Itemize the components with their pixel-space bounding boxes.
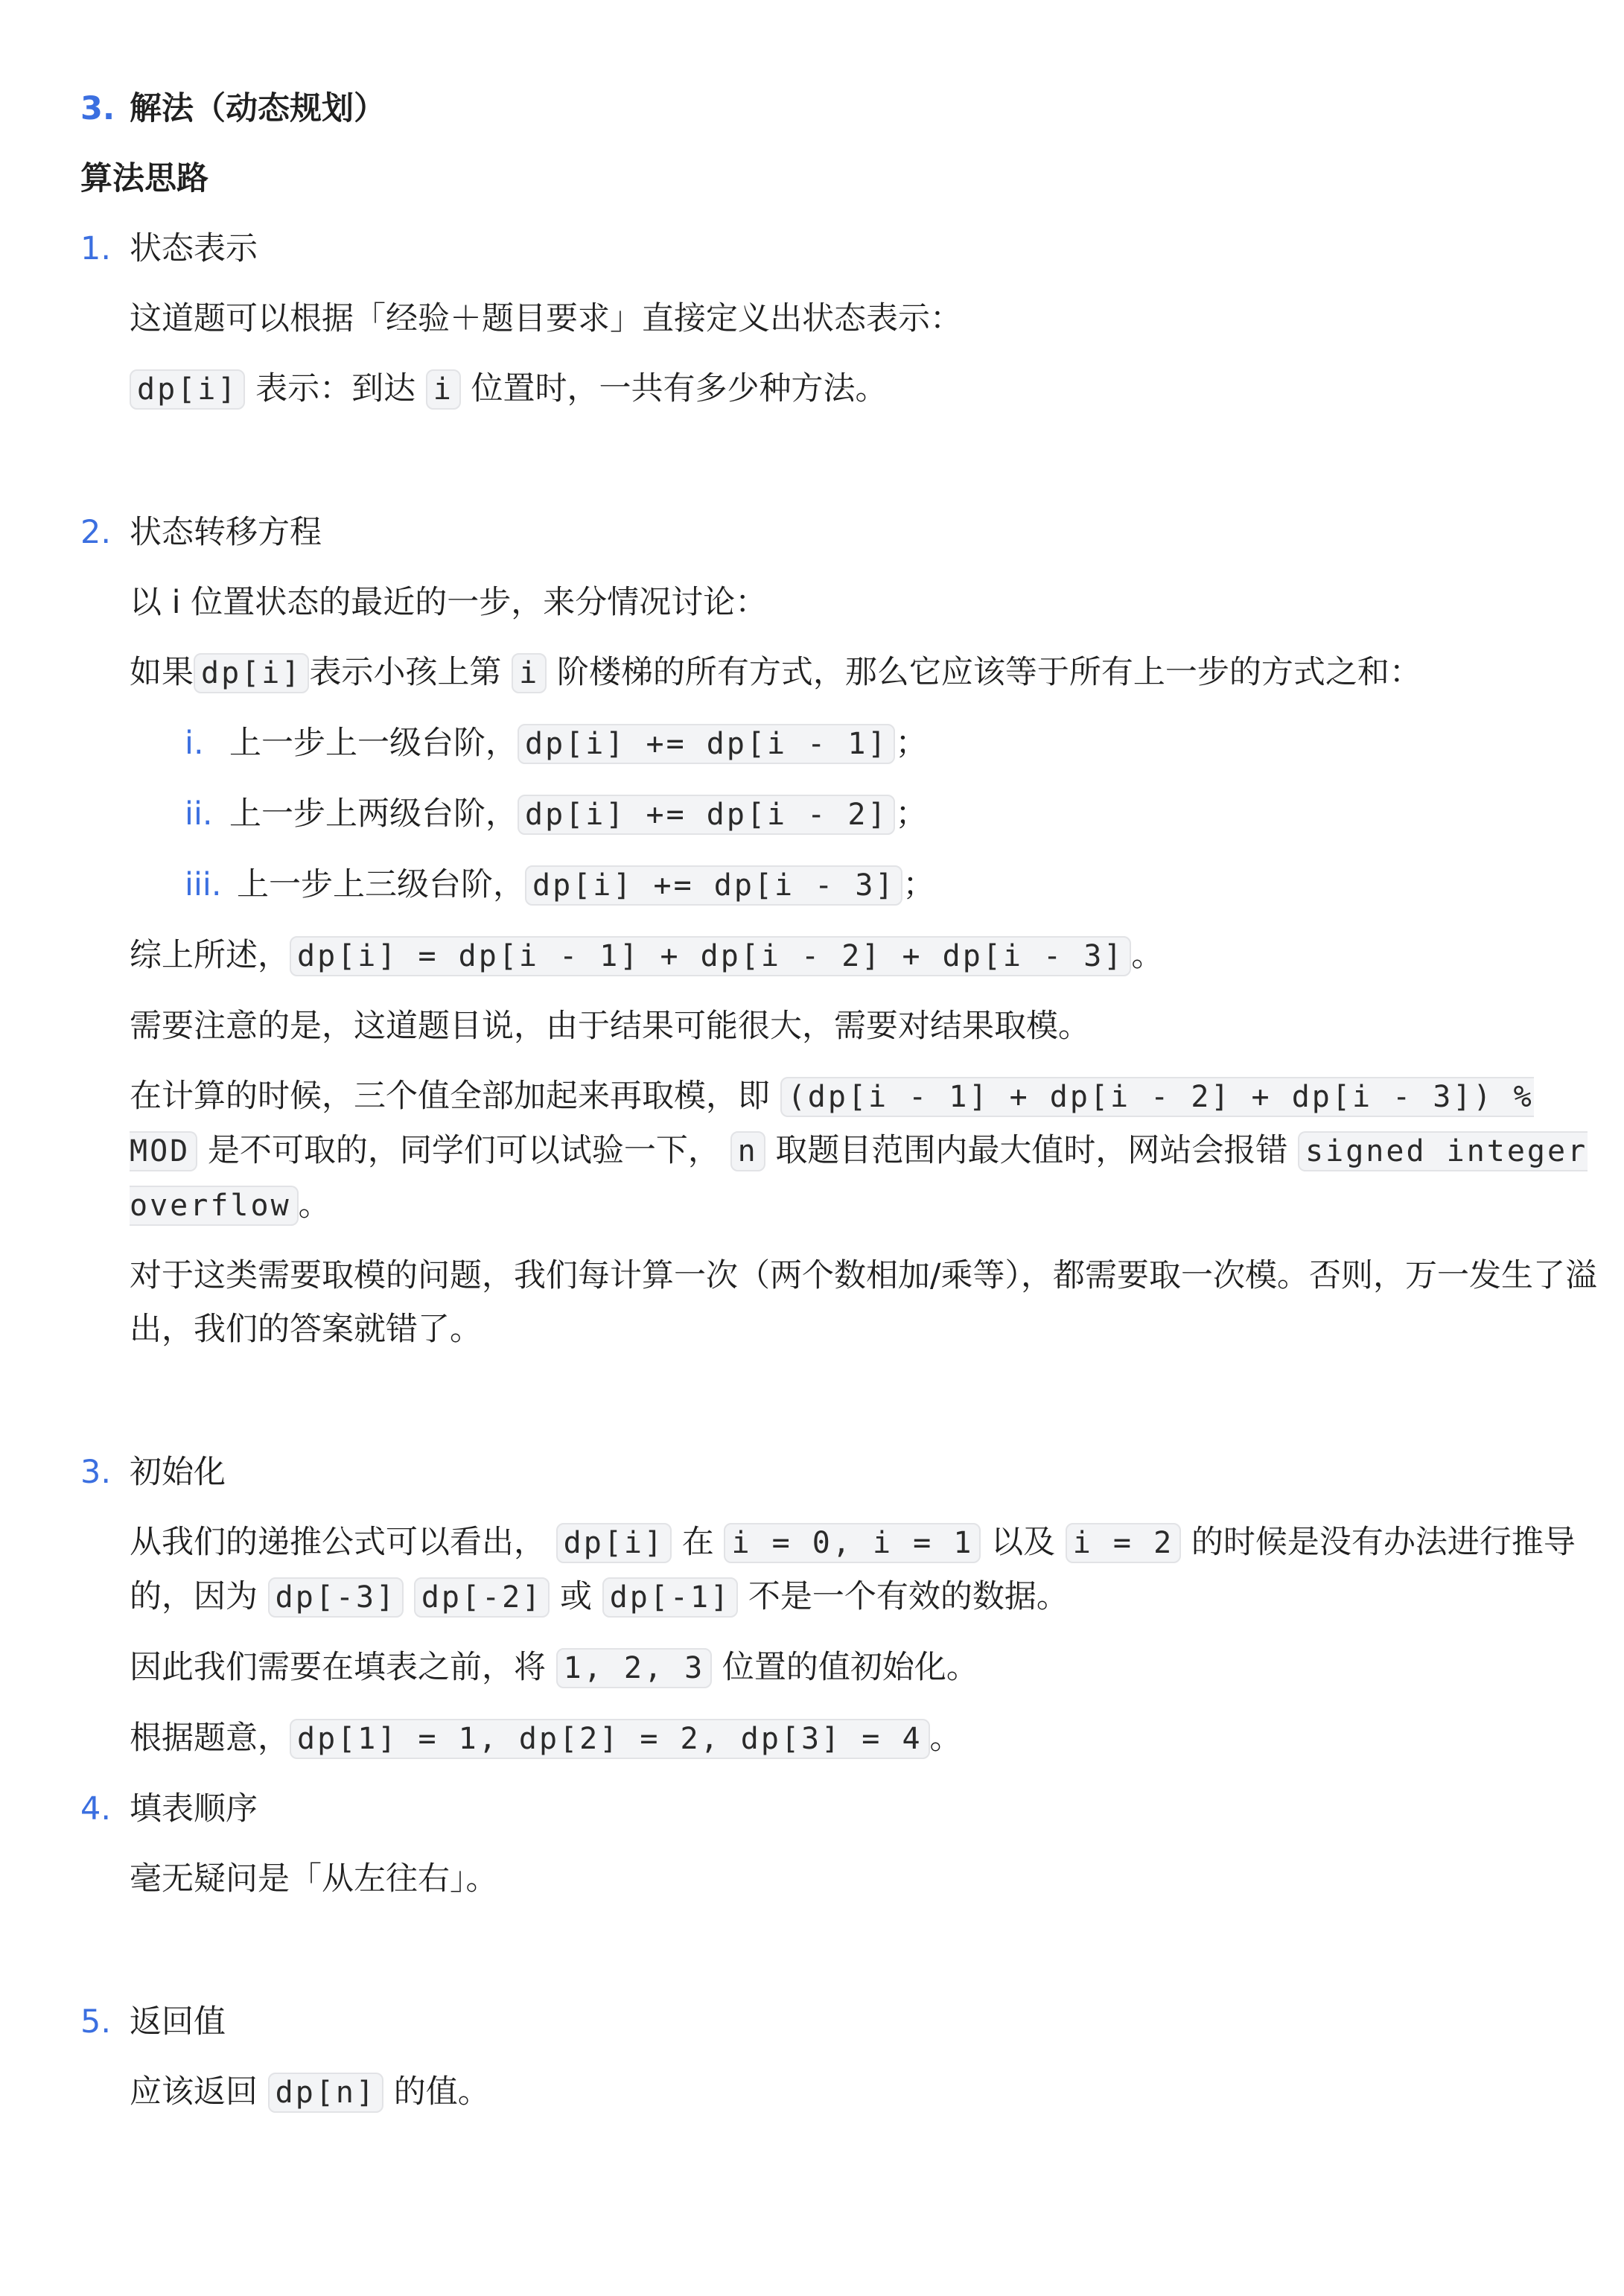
paragraph: 这道题可以根据「经验＋题目要求」直接定义出状态表示： <box>80 292 1550 346</box>
paragraph: 因此我们需要在填表之前，将 1, 2, 3 位置的值初始化。 <box>80 1641 1550 1695</box>
step-number: 4. <box>80 1782 111 1836</box>
paragraph: 如果dp[i]表示小孩上第 i 阶楼梯的所有方式，那么它应该等于所有上一步的方式… <box>80 646 1550 700</box>
case-number: i. <box>185 716 204 770</box>
section-title: 解法（动态规划） <box>80 90 386 127</box>
case-item: i. 上一步上一级台阶，dp[i] += dp[i - 1]； <box>80 716 1550 771</box>
inline-code: dp[-3] <box>268 1577 404 1618</box>
step-5-heading: 5. 返回值 <box>80 1995 1550 2049</box>
paragraph: 对于这类需要取模的问题，我们每计算一次（两个数相加/乘等），都需要取一次模。否则… <box>80 1249 1615 1356</box>
inline-code: dp[i] += dp[i - 2] <box>518 795 895 835</box>
inline-code: dp[-1] <box>602 1577 739 1618</box>
step-4-heading: 4. 填表顺序 <box>80 1782 1550 1836</box>
step-number: 5. <box>80 1995 111 2049</box>
inline-code: dp[n] <box>268 2073 383 2113</box>
step-number: 3. <box>80 1446 111 1499</box>
paragraph: 从我们的递推公式可以看出， dp[i] 在 i = 0, i = 1 以及 i … <box>80 1516 1615 1624</box>
step-3-heading: 3. 初始化 <box>80 1446 1550 1499</box>
paragraph: 需要注意的是，这道题目说，由于结果可能很大，需要对结果取模。 <box>80 999 1550 1053</box>
step-title: 状态转移方程 <box>80 514 322 551</box>
case-item: ii. 上一步上两级台阶，dp[i] += dp[i - 2]； <box>80 787 1550 842</box>
inline-code: dp[-2] <box>414 1577 550 1618</box>
paragraph: 在计算的时候，三个值全部加起来再取模，即 (dp[i - 1] + dp[i -… <box>80 1069 1615 1233</box>
inline-code: dp[i] += dp[i - 3] <box>525 865 902 906</box>
case-number: iii. <box>185 858 222 912</box>
inline-code: dp[i] += dp[i - 1] <box>518 724 895 764</box>
inline-code: dp[1] = 1, dp[2] = 2, dp[3] = 4 <box>290 1719 930 1759</box>
paragraph: 应该返回 dp[n] 的值。 <box>80 2065 1550 2119</box>
document: 3. 解法（动态规划） 算法思路 1. 状态表示 这道题可以根据「经验＋题目要求… <box>0 0 1624 2119</box>
case-item: iii. 上一步上三级台阶，dp[i] += dp[i - 3]； <box>80 858 1550 912</box>
paragraph: dp[i] 表示：到达 i 位置时，一共有多少种方法。 <box>80 362 1550 416</box>
section-heading: 3. 解法（动态规划） <box>80 82 1550 136</box>
step-1-heading: 1. 状态表示 <box>80 222 1550 276</box>
paragraph: 毫无疑问是「从左往右」。 <box>80 1852 1550 1906</box>
paragraph: 根据题意，dp[1] = 1, dp[2] = 2, dp[3] = 4。 <box>80 1711 1550 1766</box>
inline-code: i = 0, i = 1 <box>724 1523 981 1563</box>
case-number: ii. <box>185 787 213 841</box>
step-number: 1. <box>80 222 111 276</box>
inline-code: i <box>426 369 461 410</box>
step-number: 2. <box>80 506 111 559</box>
inline-code: n <box>730 1131 765 1171</box>
inline-code: dp[i] <box>194 653 309 693</box>
inline-code: 1, 2, 3 <box>556 1648 713 1688</box>
inline-code: dp[i] <box>556 1523 672 1563</box>
section-number: 3. <box>80 82 115 136</box>
subheading: 算法思路 <box>80 152 1550 206</box>
step-2-heading: 2. 状态转移方程 <box>80 506 1550 559</box>
inline-code: dp[i] = dp[i - 1] + dp[i - 2] + dp[i - 3… <box>290 936 1131 976</box>
inline-code: dp[i] <box>130 369 245 410</box>
paragraph: 以 i 位置状态的最近的一步，来分情况讨论： <box>80 576 1550 629</box>
inline-code: i = 2 <box>1066 1523 1181 1563</box>
summary: 综上所述，dp[i] = dp[i - 1] + dp[i - 2] + dp[… <box>80 929 1550 983</box>
inline-code: i <box>512 653 547 693</box>
